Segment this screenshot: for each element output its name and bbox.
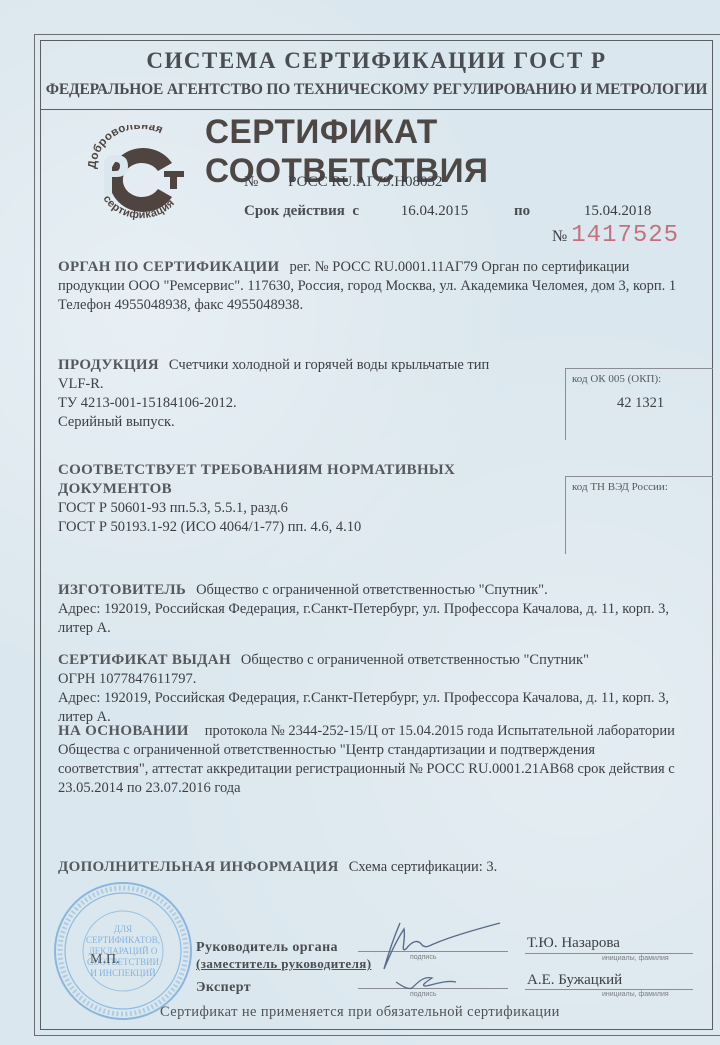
issued-to-line: ОГРН 1077847611797.: [58, 670, 708, 689]
head-signature-icon: [370, 915, 510, 975]
certification-body-line: Телефон 4955048938, факс 4955048938.: [58, 296, 708, 315]
manufacturer-heading: ИЗГОТОВИТЕЛЬ: [58, 582, 186, 598]
additional-info-text: Схема сертификации: 3.: [349, 859, 498, 875]
additional-info-heading: ДОПОЛНИТЕЛЬНАЯ ИНФОРМАЦИЯ: [58, 859, 339, 875]
expert-label: Эксперт: [196, 980, 251, 996]
stamp-place-label: М.П.: [90, 952, 120, 968]
valid-to: 15.04.2018: [584, 203, 652, 219]
valid-to-label: по: [514, 203, 530, 219]
svg-text:И ИНСПЕКЦИЙ: И ИНСПЕКЦИЙ: [90, 968, 156, 978]
issued-to-heading: СЕРТИФИКАТ ВЫДАН: [58, 652, 231, 668]
product-section: ПРОДУКЦИЯСчетчики холодной и горячей вод…: [58, 356, 558, 432]
product-line: ТУ 4213-001-15184106-2012.: [58, 394, 558, 413]
basis-line: Общества с ограниченной ответственностью…: [58, 741, 708, 760]
tnved-code-label: код ТН ВЭД России:: [572, 481, 709, 493]
certification-body-line: продукции ООО "Ремсервис". 117630, Росси…: [58, 277, 708, 296]
number-label: №: [244, 174, 258, 190]
product-line: Счетчики холодной и горячей воды крыльча…: [169, 357, 489, 373]
footer-note: Сертификат не применяется при обязательн…: [160, 1004, 560, 1021]
basis-line: протокола № 2344-252-15/Ц от 15.04.2015 …: [205, 723, 675, 739]
head-name: Т.Ю. Назарова: [527, 935, 620, 952]
manufacturer-line: Общество с ограниченной ответственностью…: [196, 582, 548, 598]
product-heading: ПРОДУКЦИЯ: [58, 357, 159, 373]
expert-signature-icon: [390, 970, 470, 995]
conformity-line: ГОСТ Р 50601-93 пп.5.3, 5.5.1, разд.6: [58, 499, 578, 518]
serial-number: 1417525: [571, 222, 679, 249]
conformity-line: ГОСТ Р 50193.1-92 (ИСО 4064/1-77) пп. 4.…: [58, 518, 578, 537]
certification-body-section: ОРГАН ПО СЕРТИФИКАЦИИрег. № РОСС RU.0001…: [58, 258, 708, 315]
additional-info-section: ДОПОЛНИТЕЛЬНАЯ ИНФОРМАЦИЯСхема сертифика…: [58, 858, 708, 877]
certificate-number: РОСС RU.АГ79.Н08032: [288, 174, 442, 190]
issued-to-line: Общество с ограниченной ответственностью…: [241, 652, 589, 668]
issued-to-section: СЕРТИФИКАТ ВЫДАНОбщество с ограниченной …: [58, 651, 708, 727]
manufacturer-line: Адрес: 192019, Российская Федерация, г.С…: [58, 600, 708, 619]
agency-title: ФЕДЕРАЛЬНОЕ АГЕНТСТВО ПО ТЕХНИЧЕСКОМУ РЕ…: [40, 81, 713, 99]
expert-name: А.Е. Бужацкий: [527, 972, 622, 989]
rst-logo: Добровольная сертификация: [82, 125, 198, 225]
okp-code-box: код ОК 005 (ОКП): 42 1321: [565, 368, 713, 440]
product-line: Серийный выпуск.: [58, 413, 558, 432]
deputy-label: (заместитель руководителя): [196, 956, 371, 972]
serial-label: №: [552, 228, 567, 245]
round-seal-icon: ДЛЯ СЕРТИФИКАТОВ, ДЕКЛАРАЦИЙ О СООТВЕТСТ…: [52, 880, 194, 1022]
system-title: СИСТЕМА СЕРТИФИКАЦИИ ГОСТ Р: [40, 48, 713, 74]
expert-name-caption: инициалы, фамилия: [602, 991, 669, 998]
official-stamp: ДЛЯ СЕРТИФИКАТОВ, ДЕКЛАРАЦИЙ О СООТВЕТСТ…: [52, 880, 194, 1022]
certification-body-heading: ОРГАН ПО СЕРТИФИКАЦИИ: [58, 259, 280, 275]
header-divider: [40, 109, 713, 110]
conformity-heading: СООТВЕТСТВУЕТ ТРЕБОВАНИЯМ НОРМАТИВНЫХ ДО…: [58, 462, 455, 497]
certification-body-line: рег. № РОСС RU.0001.11АГ79 Орган по серт…: [290, 259, 630, 275]
head-name-line: [525, 953, 693, 954]
conformity-section: СООТВЕТСТВУЕТ ТРЕБОВАНИЯМ НОРМАТИВНЫХ ДО…: [58, 461, 578, 537]
validity-label: Срок действия с: [244, 203, 359, 219]
okp-code-value: 42 1321: [572, 395, 709, 412]
basis-heading: НА ОСНОВАНИИ: [58, 723, 189, 739]
manufacturer-line: литер А.: [58, 619, 708, 638]
expert-name-line: [525, 989, 693, 990]
tnved-code-box: код ТН ВЭД России:: [565, 476, 713, 554]
serial-number-row: № 1417525: [552, 222, 679, 249]
certificate-number-row: № РОСС RU.АГ79.Н08032: [244, 174, 443, 191]
validity-row: Срок действия с 16.04.2015 по 15.04.2018: [244, 203, 651, 220]
manufacturer-section: ИЗГОТОВИТЕЛЬОбщество с ограниченной отве…: [58, 581, 708, 638]
head-name-caption: инициалы, фамилия: [602, 955, 669, 962]
valid-from: 16.04.2015: [401, 203, 469, 219]
head-label: Руководитель органа: [196, 940, 338, 956]
svg-text:ДЛЯ: ДЛЯ: [114, 924, 132, 934]
basis-section: НА ОСНОВАНИИпротокола № 2344-252-15/Ц от…: [58, 722, 708, 798]
issued-to-line: Адрес: 192019, Российская Федерация, г.С…: [58, 689, 708, 708]
rst-voluntary-certification-logo-icon: Добровольная сертификация: [82, 125, 198, 225]
svg-text:СЕРТИФИКАТОВ,: СЕРТИФИКАТОВ,: [86, 935, 160, 945]
okp-code-label: код ОК 005 (ОКП):: [572, 373, 709, 385]
basis-line: соответствия", аттестат аккредитации рег…: [58, 760, 708, 779]
product-line: VLF-R.: [58, 375, 558, 394]
basis-line: 23.05.2014 по 23.07.2016 года: [58, 779, 708, 798]
